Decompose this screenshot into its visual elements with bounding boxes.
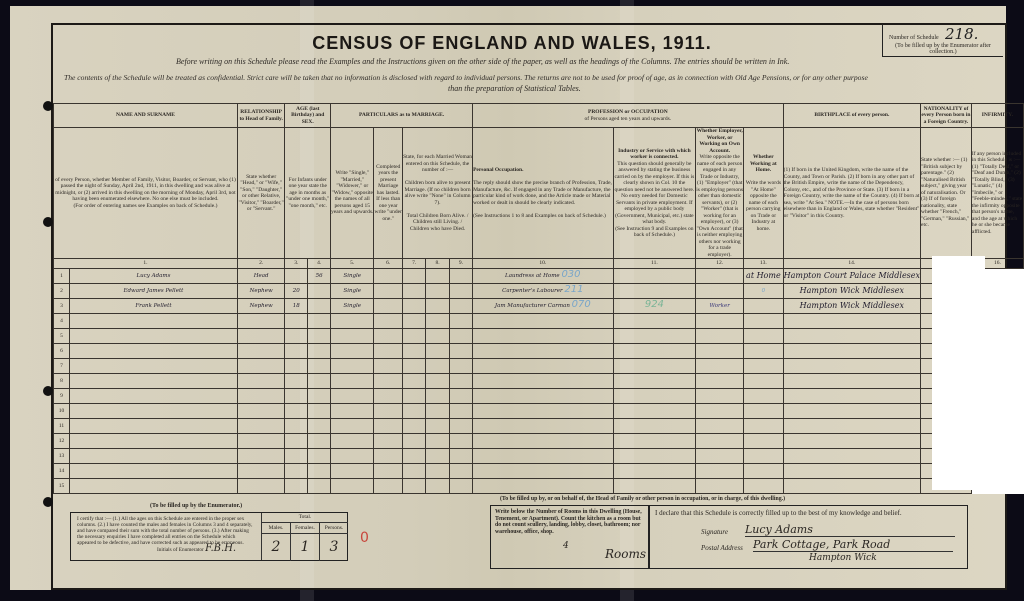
nationality-instructions: State whether :— (1) "British subject by… xyxy=(921,128,972,259)
persons-label: Persons. xyxy=(320,523,348,533)
rooms-box: Write below the Number of Rooms in this … xyxy=(490,505,650,569)
males-total: 2 xyxy=(262,534,291,561)
birthplace: Hampton Wick Middlesex xyxy=(783,284,920,299)
binding-hole xyxy=(43,217,53,227)
personal-occupation: Jam Manufacturer Carman 070 xyxy=(473,299,613,314)
table-row: 9 xyxy=(54,389,1024,404)
totals-box: Total. Males. Females. Persons. 2 1 3 xyxy=(261,513,348,560)
schedule-number: 218. xyxy=(945,25,978,43)
table-row: 14 xyxy=(54,464,1024,479)
col-num: 14. xyxy=(783,259,920,269)
infirmity-instructions: If any person included in this Schedule … xyxy=(971,128,1023,259)
age-female xyxy=(308,284,331,299)
dwelling-caption: (To be filled up by, or on behalf of, th… xyxy=(500,496,785,502)
schedule-number-box: Number of Schedule 218. (To be filled up… xyxy=(882,24,1003,57)
birthplace-instructions: (1) If born in the United Kingdom, write… xyxy=(783,128,920,259)
age-instructions: For Infants under one year state the age… xyxy=(285,128,331,259)
personal-occupation: Carpenter's Labourer 211 xyxy=(473,284,613,299)
col-num: 2. xyxy=(237,259,284,269)
person-relationship: Nephew xyxy=(237,299,284,314)
industry: 924 xyxy=(613,299,696,314)
col-num: 9. xyxy=(449,259,472,269)
enumerator-initials: F.B.H. xyxy=(205,543,236,554)
header-age: AGE (last Birthday) and SEX. xyxy=(285,104,331,128)
females-label: Females. xyxy=(291,523,320,533)
persons-total: 3 xyxy=(320,534,348,561)
marital-condition: Single xyxy=(331,284,374,299)
col-num: 3. xyxy=(285,259,308,269)
confidential-line-2: than the preparation of Statistical Tabl… xyxy=(448,84,581,93)
col-num: 4. xyxy=(308,259,331,269)
table-row: 8 xyxy=(54,374,1024,389)
table-row: 12 xyxy=(54,434,1024,449)
schedule-number-note: (To be filled up by the Enumerator after… xyxy=(889,43,997,55)
working-at-home: at Home xyxy=(744,269,784,284)
enumerator-caption: (To be filled up by the Enumerator.) xyxy=(150,503,242,509)
married-woman-instructions: State, for each Married Woman entered on… xyxy=(403,128,473,259)
signature-label: Signature xyxy=(701,528,728,536)
working-at-home: 0 xyxy=(744,284,784,299)
enumerator-box: I certify that :— (1.) All the ages on t… xyxy=(70,512,348,561)
rooms-instructions: Write below the Number of Rooms in this … xyxy=(495,509,645,535)
table-row: 5 xyxy=(54,329,1024,344)
header-name: NAME AND SURNAME xyxy=(54,104,238,128)
person-relationship: Nephew xyxy=(237,284,284,299)
marriage-condition-instructions: Write "Single," "Married," "Widower," or… xyxy=(331,128,374,259)
rooms-count: 4 xyxy=(563,543,569,550)
females-total: 1 xyxy=(291,534,320,561)
red-mark: 0 xyxy=(360,530,369,546)
person-name: Frank Pellett xyxy=(70,299,238,314)
col-num: 1. xyxy=(54,259,238,269)
total-label: Total. xyxy=(262,513,348,523)
table-row: 13 xyxy=(54,449,1024,464)
birthplace: Hampton Wick Middlesex xyxy=(783,299,920,314)
rooms-label: Rooms xyxy=(605,551,646,558)
age-female xyxy=(308,299,331,314)
person-name: Edward James Pellett xyxy=(70,284,238,299)
personal-occupation-instructions: Personal Occupation.The reply should sho… xyxy=(473,128,613,259)
signature: Lucy Adams xyxy=(745,523,955,537)
binding-hole xyxy=(43,101,53,111)
person-name: Lucy Adams xyxy=(70,269,238,284)
relationship-instructions: State whether "Head," or "Wife," "Son," … xyxy=(237,128,284,259)
age-male: 20 xyxy=(285,284,308,299)
employer-status: Worker xyxy=(696,299,744,314)
col-num: 7. xyxy=(403,259,426,269)
table-row: 2 Edward James Pellett Nephew 20 Single … xyxy=(54,284,1024,299)
age-female: 56 xyxy=(308,269,331,284)
table-row: 1 Lucy Adams Head 56 Single Laundress at… xyxy=(54,269,1024,284)
redaction-box xyxy=(932,256,985,490)
age-male: 18 xyxy=(285,299,308,314)
person-relationship: Head xyxy=(237,269,284,284)
table-row: 11 xyxy=(54,419,1024,434)
name-instructions: of every Person, whether Member of Famil… xyxy=(54,128,238,259)
postal-address: Park Cottage, Park Road xyxy=(753,538,953,552)
header-occupation: PROFESSION or OCCUPATIONof Persons aged … xyxy=(473,104,784,128)
home-instructions: Whether Working at Home.Write the words … xyxy=(744,128,784,259)
schedule-number-label: Number of Schedule xyxy=(889,35,939,41)
header-birthplace: BIRTHPLACE of every person. xyxy=(783,104,920,128)
table-row: 7 xyxy=(54,359,1024,374)
table-row: 10 xyxy=(54,404,1024,419)
binding-hole xyxy=(43,386,53,396)
initials-label: Initials of Enumerator xyxy=(157,547,204,553)
header-relationship: RELATIONSHIP to Head of Family. xyxy=(237,104,284,128)
birthplace: Hampton Court Palace Middlesex xyxy=(783,269,920,284)
enumerator-certification: I certify that :— (1.) All the ages on t… xyxy=(77,516,252,546)
instruction-line: Before writing on this Schedule please r… xyxy=(176,57,789,66)
census-table: NAME AND SURNAME RELATIONSHIP to Head of… xyxy=(53,103,1024,494)
employer-instructions: Whether Employer, Worker, or Working on … xyxy=(696,128,744,259)
declaration-box: I declare that this Schedule is correctl… xyxy=(648,505,968,569)
col-num: 8. xyxy=(426,259,449,269)
page-title: CENSUS OF ENGLAND AND WALES, 1911. xyxy=(0,33,1024,54)
confidential-line: The contents of the Schedule will be tre… xyxy=(64,73,868,82)
marriage-years-instructions: Completed years the present Marriage has… xyxy=(374,128,403,259)
personal-occupation: Laundress at Home 030 xyxy=(473,269,613,284)
binding-hole xyxy=(43,497,53,507)
declaration-text: I declare that this Schedule is correctl… xyxy=(655,509,902,517)
postal-address-line-2: Hampton Wick xyxy=(809,553,877,563)
header-marriage: PARTICULARS as to MARRIAGE. xyxy=(331,104,473,128)
header-infirmity: INFIRMITY. xyxy=(971,104,1023,128)
table-row: 15 xyxy=(54,479,1024,494)
col-num: 6. xyxy=(374,259,403,269)
col-num: 12. xyxy=(696,259,744,269)
marital-condition: Single xyxy=(331,299,374,314)
table-row: 4 xyxy=(54,314,1024,329)
table-row: 6 xyxy=(54,344,1024,359)
table-row: 3 Frank Pellett Nephew 18 Single Jam Man… xyxy=(54,299,1024,314)
header-nationality: NATIONALITY of every Person born in a Fo… xyxy=(921,104,972,128)
marital-condition: Single xyxy=(331,269,374,284)
col-num: 10. xyxy=(473,259,613,269)
col-num: 13. xyxy=(744,259,784,269)
males-label: Males. xyxy=(262,523,291,533)
postal-address-label: Postal Address xyxy=(701,544,743,552)
age-male xyxy=(285,269,308,284)
col-num: 11. xyxy=(613,259,696,269)
col-num: 5. xyxy=(331,259,374,269)
industry-instructions: Industry or Service with which worker is… xyxy=(613,128,696,259)
